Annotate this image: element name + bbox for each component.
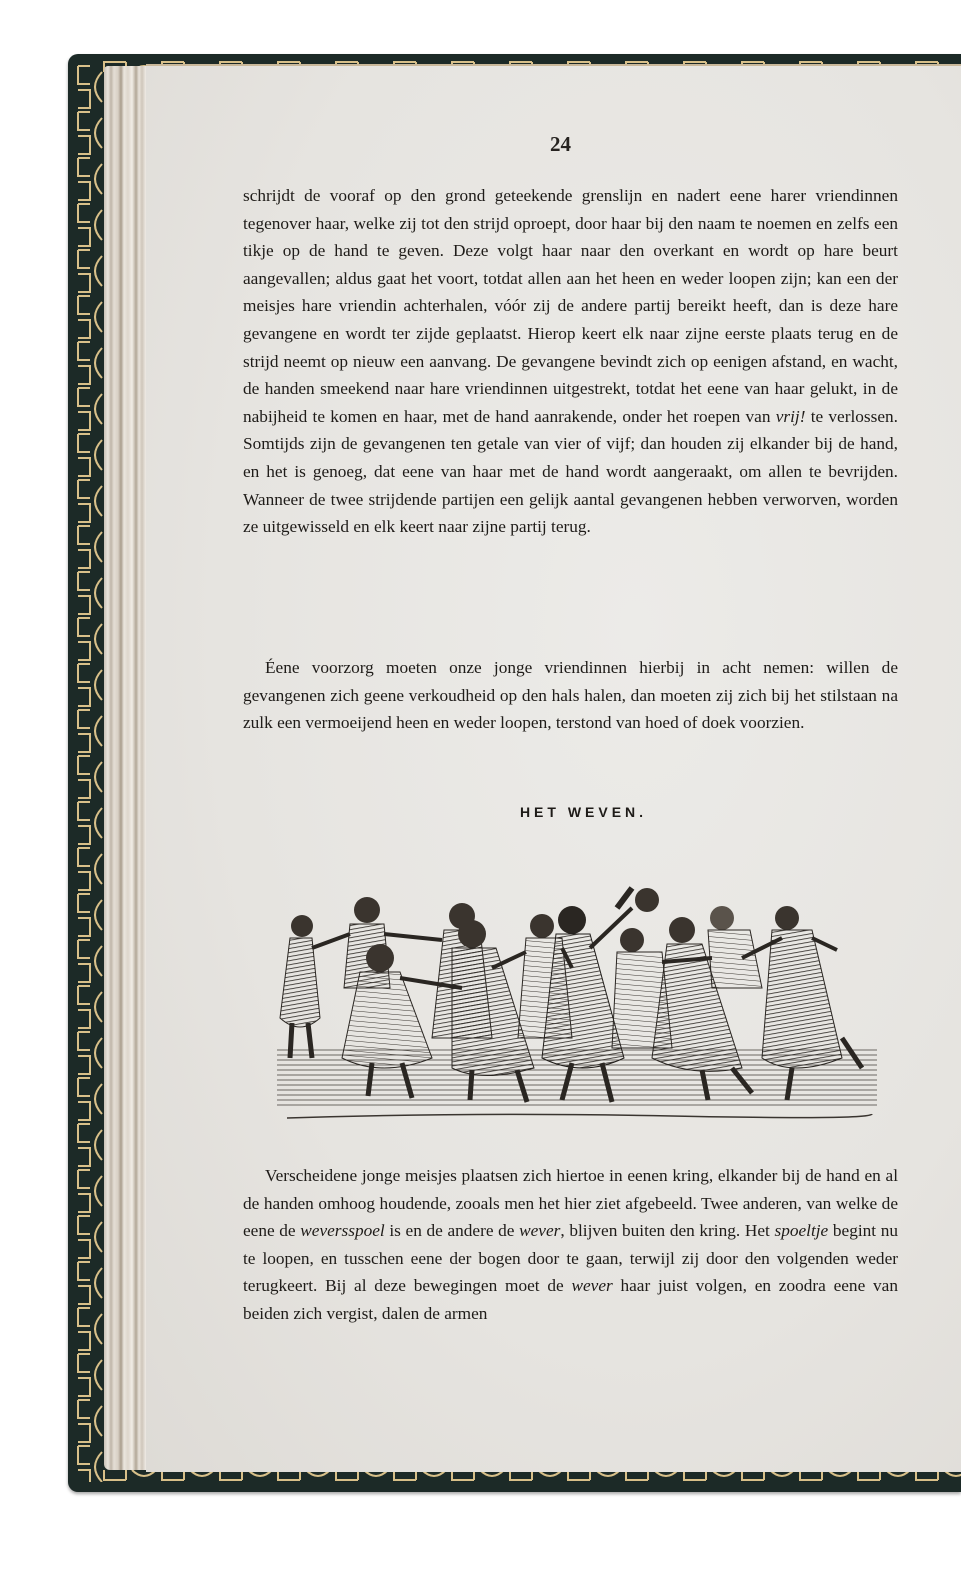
paragraph-3-text: Verscheidene jonge meisjes plaatsen zich…	[243, 1162, 898, 1328]
italic-term-weversspoel: weversspoel	[300, 1221, 384, 1240]
paragraph-3: Verscheidene jonge meisjes plaatsen zich…	[243, 1162, 898, 1328]
paragraph-1-text: schrijdt de vooraf op den grond geteeken…	[243, 182, 898, 541]
circle-dance-illustration	[272, 878, 882, 1136]
italic-term-vrij: vrij!	[776, 407, 806, 426]
text-segment: schrijdt de vooraf op den grond geteeken…	[243, 186, 898, 426]
paragraph-2-text: Éene voorzorg moeten onze jonge vriendin…	[243, 654, 898, 737]
gilt-border-left-ornament	[74, 64, 106, 1482]
text-segment: , blijven buiten den kring. Het	[560, 1221, 774, 1240]
book-page: 24 schrijdt de vooraf op den grond getee…	[146, 64, 961, 1472]
paragraph-2: Éene voorzorg moeten onze jonge vriendin…	[243, 654, 898, 737]
section-heading: HET WEVEN.	[176, 804, 961, 820]
italic-term-spoeltje: spoeltje	[774, 1221, 828, 1240]
paragraph-1: schrijdt de vooraf op den grond geteeken…	[243, 182, 898, 541]
italic-term-wever: wever	[571, 1276, 612, 1295]
text-segment: is en de andere de	[385, 1221, 519, 1240]
text-segment: te verlossen. Somtijds zijn de gevangene…	[243, 407, 898, 536]
page-number: 24	[153, 132, 961, 157]
stacked-page-edges	[104, 66, 146, 1470]
italic-term-wever: wever	[519, 1221, 560, 1240]
